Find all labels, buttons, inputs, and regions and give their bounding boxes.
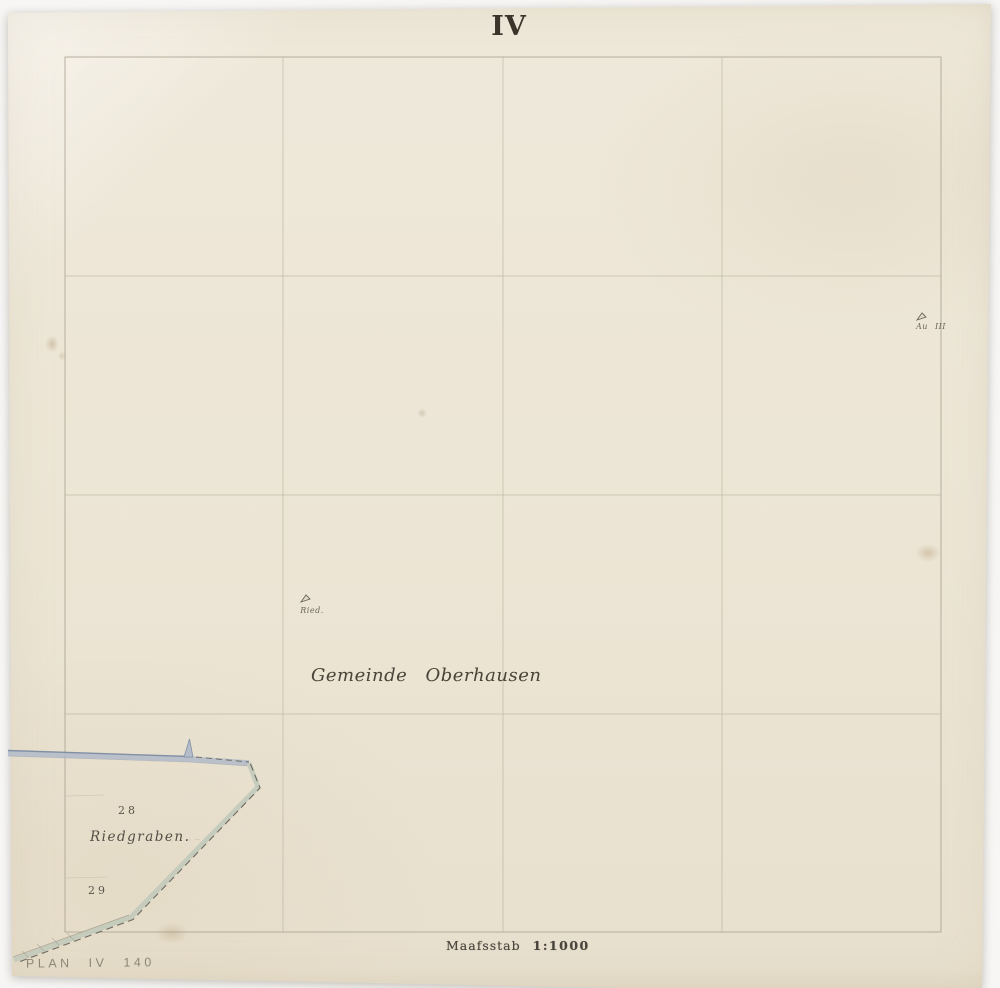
scale-word: Maafsstab: [446, 938, 521, 953]
stream-spur-icon: [184, 739, 193, 757]
stream-riedgraben: [8, 739, 249, 766]
scanned-map-sheet: IV Au III Ried. Gemeinde Oberhausen 28 R…: [0, 0, 1000, 988]
stream-name-label: Riedgraben.: [90, 829, 190, 845]
scale-statement: Maafsstab 1:1000: [446, 938, 590, 953]
sheet-number: IV: [484, 11, 534, 42]
parcel-boundary: [13, 763, 260, 963]
section-grid: [65, 57, 941, 932]
parcel-number-28: 28: [114, 804, 142, 817]
place-label-ried: Ried.: [292, 606, 332, 615]
scale-ratio: 1:1000: [533, 938, 590, 953]
municipality-label: Gemeinde Oberhausen: [311, 665, 503, 686]
survey-marker-icon: [301, 595, 310, 602]
survey-marker-icon: [917, 313, 926, 320]
place-label-au: Au III: [906, 322, 956, 331]
parcel-number-29: 29: [84, 884, 112, 897]
archive-plan-number: PLAN IV 140: [26, 955, 155, 970]
